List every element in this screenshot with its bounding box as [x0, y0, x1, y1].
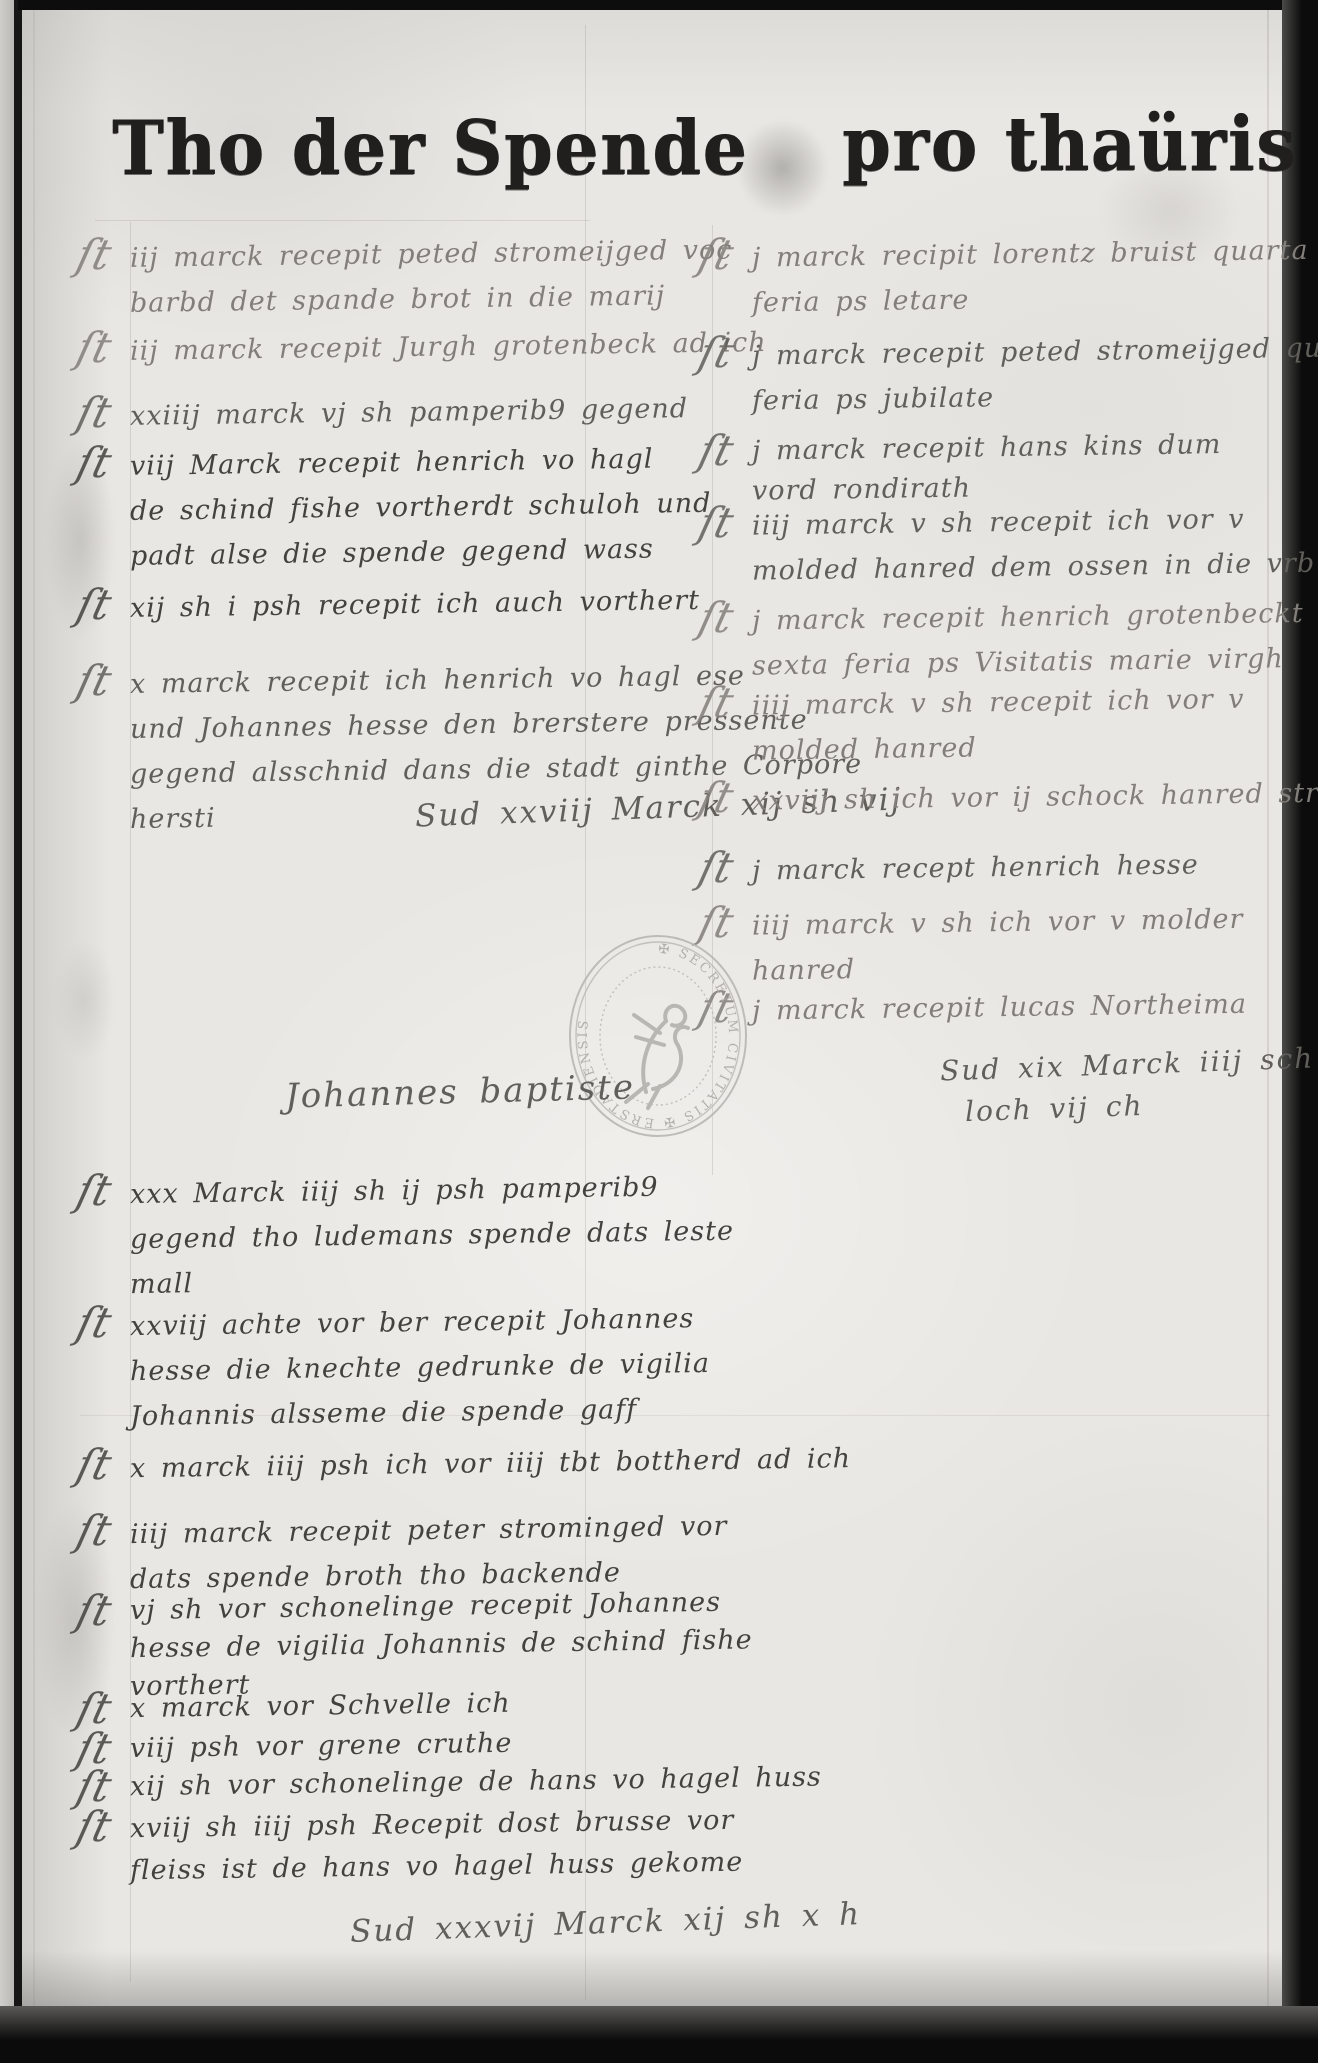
ledger-entry: ſt iiij marck v sh ich vor v molder hanr… [700, 900, 1270, 990]
scan-bottom-edge [0, 2006, 1318, 2063]
ink-smudge [735, 118, 830, 218]
entry-line: viij Marck recepit henrich vo hagl [130, 436, 689, 489]
ledger-entry: ſt xij sh vor schonelinge de hans vo hag… [78, 1764, 738, 1802]
ledger-entry: ſt j marck recepit lucas Northeima [700, 985, 1270, 1030]
ledger-entry: ſt xxviij sh ich vor ij schock hanred st… [700, 775, 1280, 820]
item-mark: ſt [694, 328, 739, 377]
entry-line: j marck recepit peted stromeijged quarta [752, 326, 1271, 378]
item-mark: ſt [694, 426, 739, 475]
scan-right-edge [1282, 0, 1318, 2063]
ledger-entry: ſt viij Marck recepit henrich vo hagl de… [78, 440, 688, 575]
entry-line: iiij marck v sh recepit ich vor v [752, 496, 1271, 548]
entry-line: xxviij sh ich vor ij schock hanred stros [752, 771, 1281, 823]
scan-left-margin [0, 0, 14, 2063]
item-mark: ſt [72, 1506, 117, 1555]
entry-line: gegend alsschnid dans die stadt ginthe C… [130, 744, 699, 797]
ledger-entry: ſt iiij marck v sh recepit ich vor v mol… [700, 680, 1270, 770]
page-title-right: pro thaüris [842, 101, 1297, 188]
item-mark: ſt [694, 498, 739, 547]
entry-line: barbd det spande brot in die marij [130, 273, 689, 326]
item-mark: ſt [72, 580, 117, 629]
scanned-manuscript-page: Tho der Spende pro thaüris ſt iij marck … [0, 0, 1318, 2063]
ledger-entry: ſt iij marck recepit Jurgh grotenbeck ad… [78, 325, 688, 370]
item-mark: ſt [72, 1802, 117, 1851]
ledger-entry: ſt iiij marck v sh recepit ich vor v mol… [700, 500, 1270, 590]
ledger-entry: ſt iij marck recepit peted stromeijged v… [78, 232, 688, 322]
entry-line: feria ps jubilate [752, 371, 1271, 423]
item-mark: ſt [694, 678, 739, 727]
item-mark: ſt [72, 1440, 117, 1489]
item-mark: ſt [72, 323, 117, 372]
ledger-entry: ſt x marck iiij psh ich vor iiij tbt bot… [78, 1442, 738, 1487]
entry-line: xij sh vor schonelinge de hans vo hagel … [130, 1760, 738, 1806]
entry-line: j marck recipit lorentz bruist quarta [752, 228, 1271, 280]
ledger-entry: ſt j marck recept henrich hesse [700, 845, 1270, 890]
entry-line: feria ps letare [752, 273, 1271, 325]
item-mark: ſt [72, 230, 117, 279]
entry-line: iij marck recepit Jurgh grotenbeck ad ic… [130, 321, 689, 374]
item-mark: ſt [694, 773, 739, 822]
ledger-entry: ſt viij psh vor grene cruthe [78, 1726, 718, 1764]
item-mark: ſt [72, 1298, 117, 1347]
ledger-entry: ſt j marck recepit hans kins dum vord ro… [700, 428, 1270, 508]
ledger-entry: ſt xxviij achte vor ber recepit Johannes… [78, 1300, 718, 1435]
entry-line: xxiiij marck vj sh pamperib9 gegend [130, 386, 689, 439]
rule-line [33, 10, 35, 2006]
entry-line: j marck recepit lucas Northeima [752, 981, 1271, 1033]
item-mark: ſt [694, 230, 739, 279]
entry-line: j marck recepit henrich grotenbeckt [752, 591, 1271, 643]
city-seal: ✠ SECRETUM CIVITATIS ✠ ERSTADIENSIS [566, 932, 750, 1142]
ledger-entry: ſt j marck recepit peted stromeijged qua… [700, 330, 1270, 420]
seal-lion-icon [626, 1006, 688, 1108]
ledger-entry: ſt xviij sh iiij psh Recepit dost brusse… [78, 1804, 738, 1888]
ledger-entry: ſt xxiiij marck vj sh pamperib9 gegend [78, 390, 688, 435]
ledger-entry: ſt j marck recipit lorentz bruist quarta… [700, 232, 1270, 322]
item-mark: ſt [72, 438, 117, 487]
entry-line: iiij marck v sh recepit ich vor v [752, 676, 1271, 728]
entry-line: j marck recept henrich hesse [752, 841, 1271, 893]
entry-line: iij marck recepit peted stromeijged voc [130, 228, 689, 281]
column-sum: loch vij ch [964, 1089, 1144, 1128]
entry-line: x marck vor Schvelle ich [130, 1682, 718, 1728]
entry-line: molded hanred dem ossen in die vrb [752, 541, 1271, 593]
ledger-entry: ſt j marck recepit henrich grotenbeckt s… [700, 595, 1270, 685]
item-mark: ſt [72, 1166, 117, 1215]
entry-line: molded hanred [752, 721, 1271, 773]
entry-line: xij sh i psh recepit ich auch vorthert [130, 578, 689, 631]
stain [55, 940, 115, 1060]
item-mark: ſt [694, 593, 739, 642]
item-mark: ſt [694, 843, 739, 892]
page-title-left: Tho der Spende [112, 105, 748, 192]
entry-line: de schind fishe vortherdt schuloh und [130, 481, 689, 534]
scan-bottom-shadow [22, 1950, 1282, 2006]
item-mark: ſt [72, 656, 117, 705]
item-mark: ſt [72, 388, 117, 437]
scan-left-edge [14, 0, 22, 2063]
entry-line: padt alse die spende gegend wass [130, 526, 689, 579]
entry-line: fleiss ist de hans vo hagel huss gekome [130, 1842, 739, 1892]
ledger-entry: ſt xxx Marck iiij sh ij psh pamperib9 ge… [78, 1168, 718, 1303]
entry-line: x marck recepit ich henrich vo hagl ese [130, 654, 699, 707]
ledger-entry: ſt xij sh i psh recepit ich auch vorther… [78, 582, 688, 627]
scan-top-edge [18, 0, 1318, 10]
entry-line: und Johannes hesse den brerstere pressen… [130, 699, 699, 752]
item-mark: ſt [72, 1586, 117, 1635]
entry-line: Johannis alsseme die spende gaff [130, 1386, 719, 1439]
rule-line [95, 220, 590, 221]
entry-line: x marck iiij psh ich vor iiij tbt botthe… [130, 1438, 739, 1491]
entry-line: iiij marck v sh ich vor v molder [752, 896, 1271, 948]
ledger-entry: ſt x marck vor Schvelle ich [78, 1686, 718, 1724]
